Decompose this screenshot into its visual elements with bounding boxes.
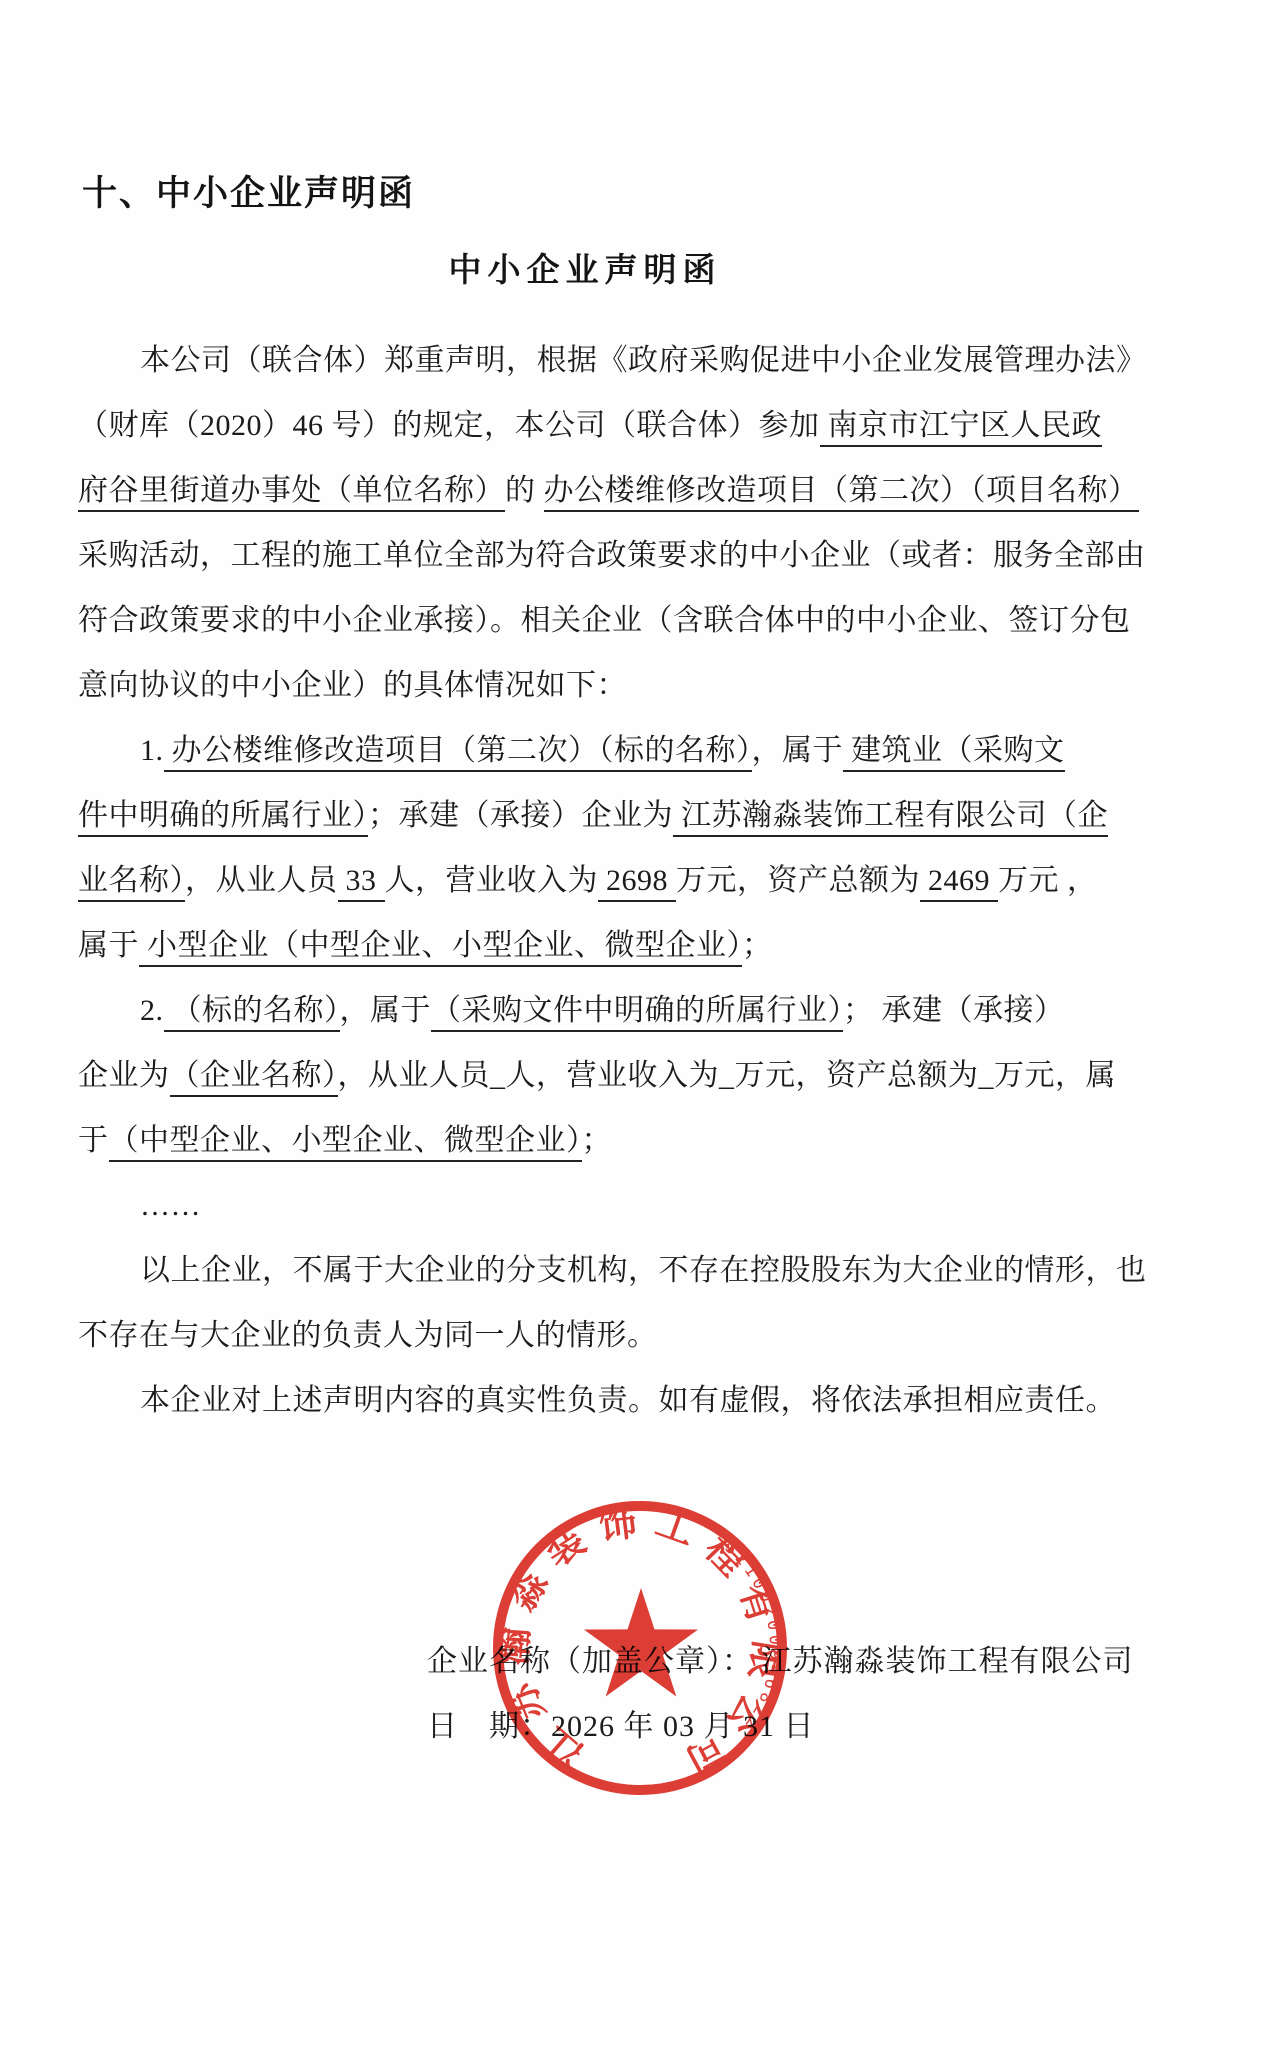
filled-blank-underlined: （企业名称） <box>170 1059 338 1097</box>
body-line: 于（中型企业、小型企业、微型企业）； <box>78 1108 1162 1173</box>
document-page: 十、中小企业声明函 中小企业声明函 本公司（联合体）郑重声明，根据《政府采购促进… <box>0 0 1280 2053</box>
text-segment: 采购活动，工程的施工单位全部为符合政策要求的中小企业（或者：服务全部由 <box>78 539 1146 572</box>
body-line: 府谷里街道办事处（单位名称）的 办公楼维修改造项目（第二次）（项目名称） <box>78 458 1162 523</box>
text-segment: 的 <box>505 474 544 507</box>
filled-blank-underlined: 江苏瀚淼装饰工程有限公司（企 <box>673 799 1108 837</box>
text-segment: ； <box>582 1124 613 1157</box>
text-segment: ，从业人员 <box>185 864 338 897</box>
filled-blank-underlined: （采购文件中明确的所属行业） <box>431 994 843 1032</box>
filled-blank-underlined: 办公楼维修改造项目（第二次）（标的名称） <box>164 734 752 772</box>
text-segment: 本公司（联合体）郑重声明，根据《政府采购促进中小企业发展管理办法》 <box>140 344 1147 377</box>
filled-blank-underlined: 33 <box>338 864 385 902</box>
filled-blank-underlined: 府谷里街道办事处（单位名称） <box>78 474 505 512</box>
text-segment: ； 承建（承接） <box>843 994 1065 1027</box>
text-segment: 意向协议的中小企业）的具体情况如下： <box>78 669 627 702</box>
body-line: 不存在与大企业的负责人为同一人的情形。 <box>78 1303 1162 1368</box>
text-segment: 于 <box>78 1124 109 1157</box>
body-line: 企业为（企业名称），从业人员_人，营业收入为_万元，资产总额为_万元，属 <box>78 1043 1162 1108</box>
text-segment: 万元，资产总额为 <box>676 864 920 897</box>
body-line: 采购活动，工程的施工单位全部为符合政策要求的中小企业（或者：服务全部由 <box>78 523 1162 588</box>
body-line: 件中明确的所属行业）；承建（承接）企业为 江苏瀚淼装饰工程有限公司（企 <box>78 783 1162 848</box>
seal-star-icon <box>584 1588 698 1697</box>
filled-blank-underlined: 业名称） <box>78 864 185 902</box>
company-seal-stamp: 江苏瀚淼装饰工程有限公司 32100200946822 <box>465 1473 815 1823</box>
filled-blank-underlined: 2469 <box>920 864 998 902</box>
filled-blank-underlined: 南京市江宁区人民政 <box>820 409 1103 447</box>
body-line: 以上企业，不属于大企业的分支机构，不存在控股股东为大企业的情形，也 <box>78 1238 1162 1303</box>
body-line: 1. 办公楼维修改造项目（第二次）（标的名称），属于 建筑业（采购文 <box>78 718 1162 783</box>
filled-blank-underlined: 办公楼维修改造项目（第二次）（项目名称） <box>544 474 1139 512</box>
body-line: 本企业对上述声明内容的真实性负责。如有虚假，将依法承担相应责任。 <box>78 1368 1162 1433</box>
text-segment: 企业为 <box>78 1059 170 1092</box>
text-segment: ； <box>742 929 773 962</box>
filled-blank-underlined: （标的名称） <box>164 994 340 1032</box>
body-line: 意向协议的中小企业）的具体情况如下： <box>78 653 1162 718</box>
text-segment: 不存在与大企业的负责人为同一人的情形。 <box>78 1319 658 1352</box>
text-segment: 1. <box>140 734 164 767</box>
document-body: 本公司（联合体）郑重声明，根据《政府采购促进中小企业发展管理办法》（财库（202… <box>78 328 1162 1433</box>
text-segment: 以上企业，不属于大企业的分支机构，不存在控股股东为大企业的情形，也 <box>140 1254 1147 1287</box>
text-segment: 2. <box>140 994 164 1027</box>
filled-blank-underlined: 建筑业（采购文 <box>843 734 1065 772</box>
body-line: 本公司（联合体）郑重声明，根据《政府采购促进中小企业发展管理办法》 <box>78 328 1162 393</box>
text-segment: 符合政策要求的中小企业承接）。相关企业（含联合体中的中小企业、签订分包 <box>78 604 1131 637</box>
text-segment: ；承建（承接）企业为 <box>368 799 673 832</box>
body-line: 属于 小型企业（中型企业、小型企业、微型企业）； <box>78 913 1162 978</box>
text-segment: 本企业对上述声明内容的真实性负责。如有虚假，将依法承担相应责任。 <box>140 1384 1116 1417</box>
body-line: 2. （标的名称），属于（采购文件中明确的所属行业）； 承建（承接） <box>78 978 1162 1043</box>
text-segment: 属于 <box>78 929 139 962</box>
body-line: 符合政策要求的中小企业承接）。相关企业（含联合体中的中小企业、签订分包 <box>78 588 1162 653</box>
body-line: 业名称），从业人员 33 人，营业收入为 2698 万元，资产总额为 2469 … <box>78 848 1162 913</box>
text-segment: 万元 ， <box>998 864 1098 897</box>
text-segment: ，从业人员_人，营业收入为_万元，资产总额为_万元，属 <box>338 1059 1117 1092</box>
text-segment: …… <box>140 1189 201 1222</box>
text-segment: （财库（2020）46 号）的规定，本公司（联合体）参加 <box>78 409 820 442</box>
body-line: （财库（2020）46 号）的规定，本公司（联合体）参加 南京市江宁区人民政 <box>78 393 1162 458</box>
body-line: …… <box>78 1173 1162 1238</box>
document-title: 中小企业声明函 <box>0 244 1170 291</box>
text-segment: ，属于 <box>752 734 844 767</box>
filled-blank-underlined: 2698 <box>598 864 676 902</box>
filled-blank-underlined: 小型企业（中型企业、小型企业、微型企业） <box>139 929 742 967</box>
filled-blank-underlined: （中型企业、小型企业、微型企业） <box>109 1124 582 1162</box>
filled-blank-underlined: 件中明确的所属行业） <box>78 799 368 837</box>
section-heading: 十、中小企业声明函 <box>82 166 415 216</box>
text-segment: ，属于 <box>340 994 432 1027</box>
text-segment: 人，营业收入为 <box>385 864 599 897</box>
